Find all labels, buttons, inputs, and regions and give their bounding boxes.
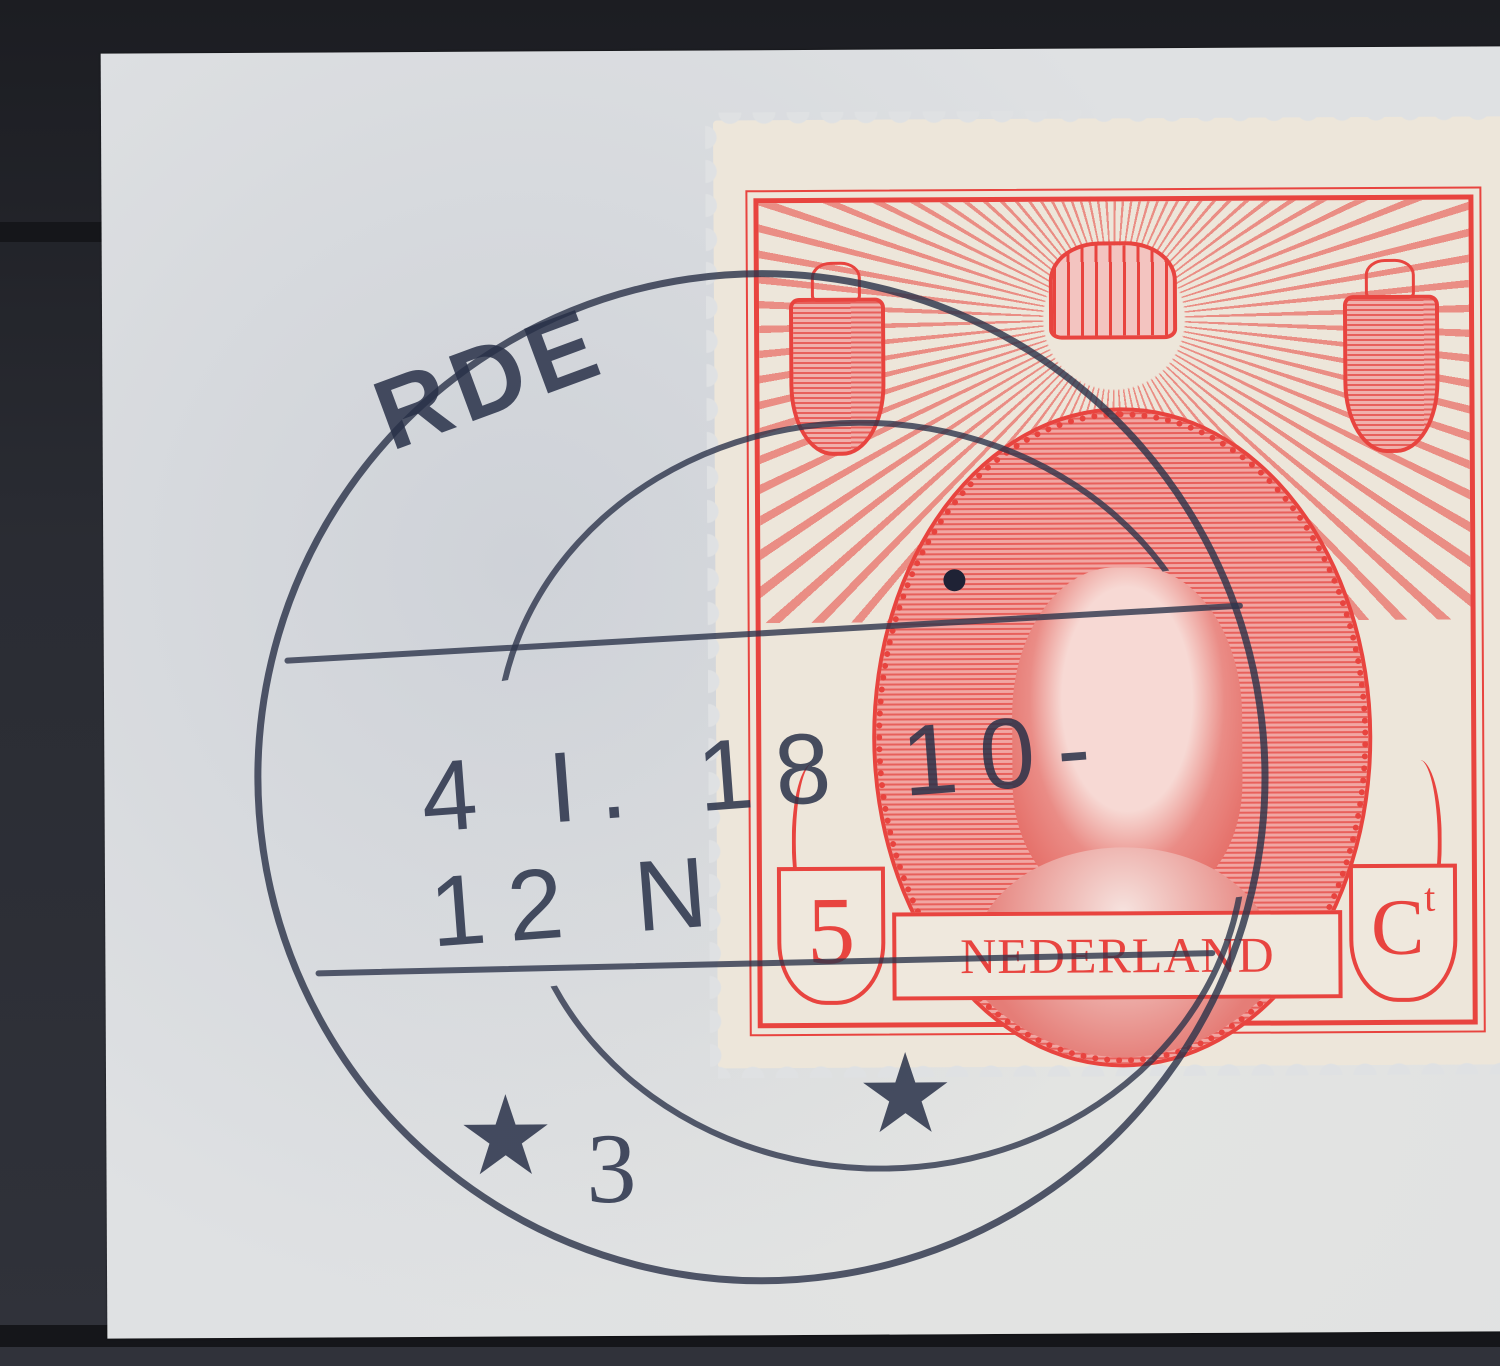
coat-of-arms-right-icon [1343,295,1440,454]
value-unit-superscript: t [1424,875,1435,920]
postage-stamp: 5 Ct NEDERLAND [713,116,1500,1068]
value-unit: Ct [1349,864,1458,1003]
coat-of-arms-left-icon [789,298,886,457]
paper-piece: 5 Ct NEDERLAND RDE 4 I. 18 10-12 N 3 ★ ★ [101,46,1500,1338]
postmark-star-left-icon: ★ [456,1071,555,1200]
postmark-town: RDE [360,284,620,473]
crown-icon [1049,241,1178,340]
country-name: NEDERLAND [892,910,1342,1000]
perforation-left [705,120,730,1068]
postmark-office-number: 3 [586,1111,637,1226]
value-number: 5 [807,877,856,984]
stamp-design-frame: 5 Ct NEDERLAND [753,194,1477,1028]
value-unit-letter: C [1371,884,1425,972]
value-numeral: 5 [777,867,886,1006]
perforation-top [713,108,1500,132]
